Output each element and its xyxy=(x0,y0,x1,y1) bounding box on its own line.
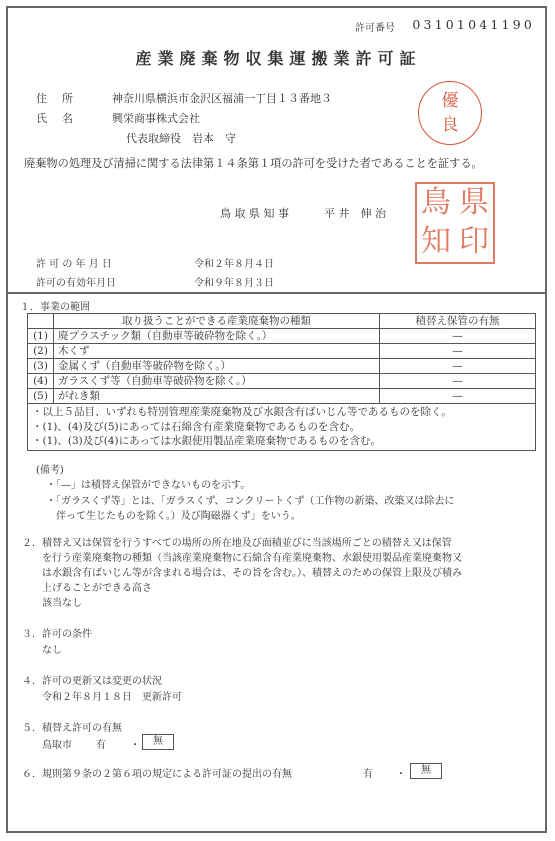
permit-certificate: 許可番号 03101041190 産業廃棄物収集運搬業許可証 住 所 神奈川県横… xyxy=(6,6,547,833)
waste-scope-table: 取り扱うことができる産業廃棄物の種類 積替え保管の有無 (1) 廃プラスチック類… xyxy=(27,313,536,451)
table-notes-row: ・以上５品目、いずれも特別管理産業廃棄物及び水銀含有ばいじん等であるものを除く。… xyxy=(28,404,536,451)
permit-number: 03101041190 xyxy=(412,17,535,32)
storage-status: — xyxy=(380,359,536,374)
storage-status: — xyxy=(380,329,536,344)
seal-char: 良 xyxy=(442,113,459,137)
scope-note: ・(1)、(4)及び(5)にあっては石綿含有産業廃棄物であるものを含む。 xyxy=(32,420,531,435)
storage-status: — xyxy=(380,374,536,389)
scope-note: ・(1)、(3)及び(4)にあっては水銀使用製品産業廃棄物であるものを含む。 xyxy=(32,434,531,449)
seal-char: 優 xyxy=(442,89,459,113)
section6-heading: ６．規則第９条の２第６項の規定による許可証の提出の有無 xyxy=(22,765,292,780)
valid-until-label: 許可の有効年月日 xyxy=(36,274,116,289)
table-row: (2) 木くず — xyxy=(28,344,536,359)
table-row: (1) 廃プラスチック類（自動車等破砕物を除く。） — xyxy=(28,329,536,344)
section2-line: 上げることができる高さ xyxy=(22,579,152,594)
excellent-operator-seal: 優 良 xyxy=(418,81,482,145)
section5-heading: ５．積替え許可の有無 xyxy=(22,719,122,734)
waste-kind: 木くず xyxy=(54,344,380,359)
remark-line: 伴って生じたものを除く。）及び陶磁器くず」をいう。 xyxy=(46,507,301,522)
waste-kind: 廃プラスチック類（自動車等破砕物を除く。） xyxy=(54,329,380,344)
storage-status: — xyxy=(380,389,536,404)
table-row: (3) 金属くず（自動車等破砕物を除く。） — xyxy=(28,359,536,374)
seal-char: 知 xyxy=(417,223,455,262)
section2-line: を行う産業廃棄物の種類（当該産業廃棄物に石綿含有産業廃棄物、水銀使用製品産業廃棄… xyxy=(22,549,462,564)
row-number: (3) xyxy=(28,359,54,374)
governor-official-seal: 鳥 県 知 印 xyxy=(415,182,495,264)
address-label: 住 所 xyxy=(36,90,75,106)
section5-option-yes: 有 xyxy=(96,736,106,751)
waste-kind: ガラスくず等（自動車等破砕物を除く。） xyxy=(54,374,380,389)
row-number: (1) xyxy=(28,329,54,344)
row-number: (5) xyxy=(28,389,54,404)
valid-until-date: 令和９年８月３日 xyxy=(194,274,274,289)
seal-char: 鳥 xyxy=(417,184,455,223)
section5-separator: ・ xyxy=(130,736,140,751)
section4-heading: ４．許可の更新又は変更の状況 xyxy=(22,672,162,687)
table-header-kind: 取り扱うことができる産業廃棄物の種類 xyxy=(54,314,380,329)
remark-line: ・「ガラスくず等」とは、「ガラスくず、コンクリートくず（工作物の新築、改築又は除… xyxy=(46,492,454,507)
certification-statement: 廃棄物の処理及び清掃に関する法律第１４条第１項の許可を受けた者であることを証する… xyxy=(24,155,483,171)
section3-value: なし xyxy=(42,641,62,656)
name-label: 氏 名 xyxy=(36,110,75,126)
storage-status: — xyxy=(380,344,536,359)
section2-value: 該当なし xyxy=(42,594,82,609)
permit-number-label: 許可番号 xyxy=(355,19,395,34)
document-title: 産業廃棄物収集運搬業許可証 xyxy=(8,46,549,69)
section-divider xyxy=(8,292,545,294)
representative-name: 代表取締役 岩本 守 xyxy=(126,130,236,146)
table-header-row: 取り扱うことができる産業廃棄物の種類 積替え保管の有無 xyxy=(28,314,536,329)
seal-char: 県 xyxy=(455,184,493,223)
section6-option-yes: 有 xyxy=(363,765,373,780)
remark-line: ・「—」は積替え保管ができないものを示す。 xyxy=(46,476,250,491)
waste-kind: がれき類 xyxy=(54,389,380,404)
row-number: (4) xyxy=(28,374,54,389)
table-row: (5) がれき類 — xyxy=(28,389,536,404)
table-header-storage: 積替え保管の有無 xyxy=(380,314,536,329)
section6-option-no-selected: 無 xyxy=(410,763,442,779)
scope-note: ・以上５品目、いずれも特別管理産業廃棄物及び水銀含有ばいじん等であるものを除く。 xyxy=(32,405,531,420)
row-number: (2) xyxy=(28,344,54,359)
section2-line: は水銀含有ばいじん等が含まれる場合は、その旨を含む。）、積替えのための保管上限及… xyxy=(22,564,462,579)
section5-option-no-selected: 無 xyxy=(142,734,174,750)
section6-separator: ・ xyxy=(396,765,406,780)
company-name: 興栄商事株式会社 xyxy=(112,110,200,126)
waste-kind: 金属くず（自動車等破砕物を除く。） xyxy=(54,359,380,374)
section2-line: ２．積替え又は保管を行うすべての場所の所在地及び面積並びに当該場所ごとの積替え又… xyxy=(22,534,452,549)
seal-char: 印 xyxy=(455,223,493,262)
section3-heading: ３．許可の条件 xyxy=(22,625,92,640)
issuer-title: 鳥 取 県 知 事 xyxy=(220,205,289,221)
issuer-name: 平 井 伸 治 xyxy=(324,205,386,221)
section1-heading: １．事業の範囲 xyxy=(20,298,90,313)
permit-date-label: 許 可 の 年 月 日 xyxy=(36,255,112,270)
table-notes: ・以上５品目、いずれも特別管理産業廃棄物及び水銀含有ばいじん等であるものを除く。… xyxy=(28,404,536,451)
remarks-heading: (備考) xyxy=(36,461,64,476)
section4-value: 令和２年８月１８日 更新許可 xyxy=(42,688,182,703)
address-value: 神奈川県横浜市金沢区福浦一丁目１３番地３ xyxy=(112,90,332,106)
section5-city: 鳥取市 xyxy=(42,736,72,751)
permit-date: 令和２年８月４日 xyxy=(194,255,274,270)
table-row: (4) ガラスくず等（自動車等破砕物を除く。） — xyxy=(28,374,536,389)
table-header-num xyxy=(28,314,54,329)
